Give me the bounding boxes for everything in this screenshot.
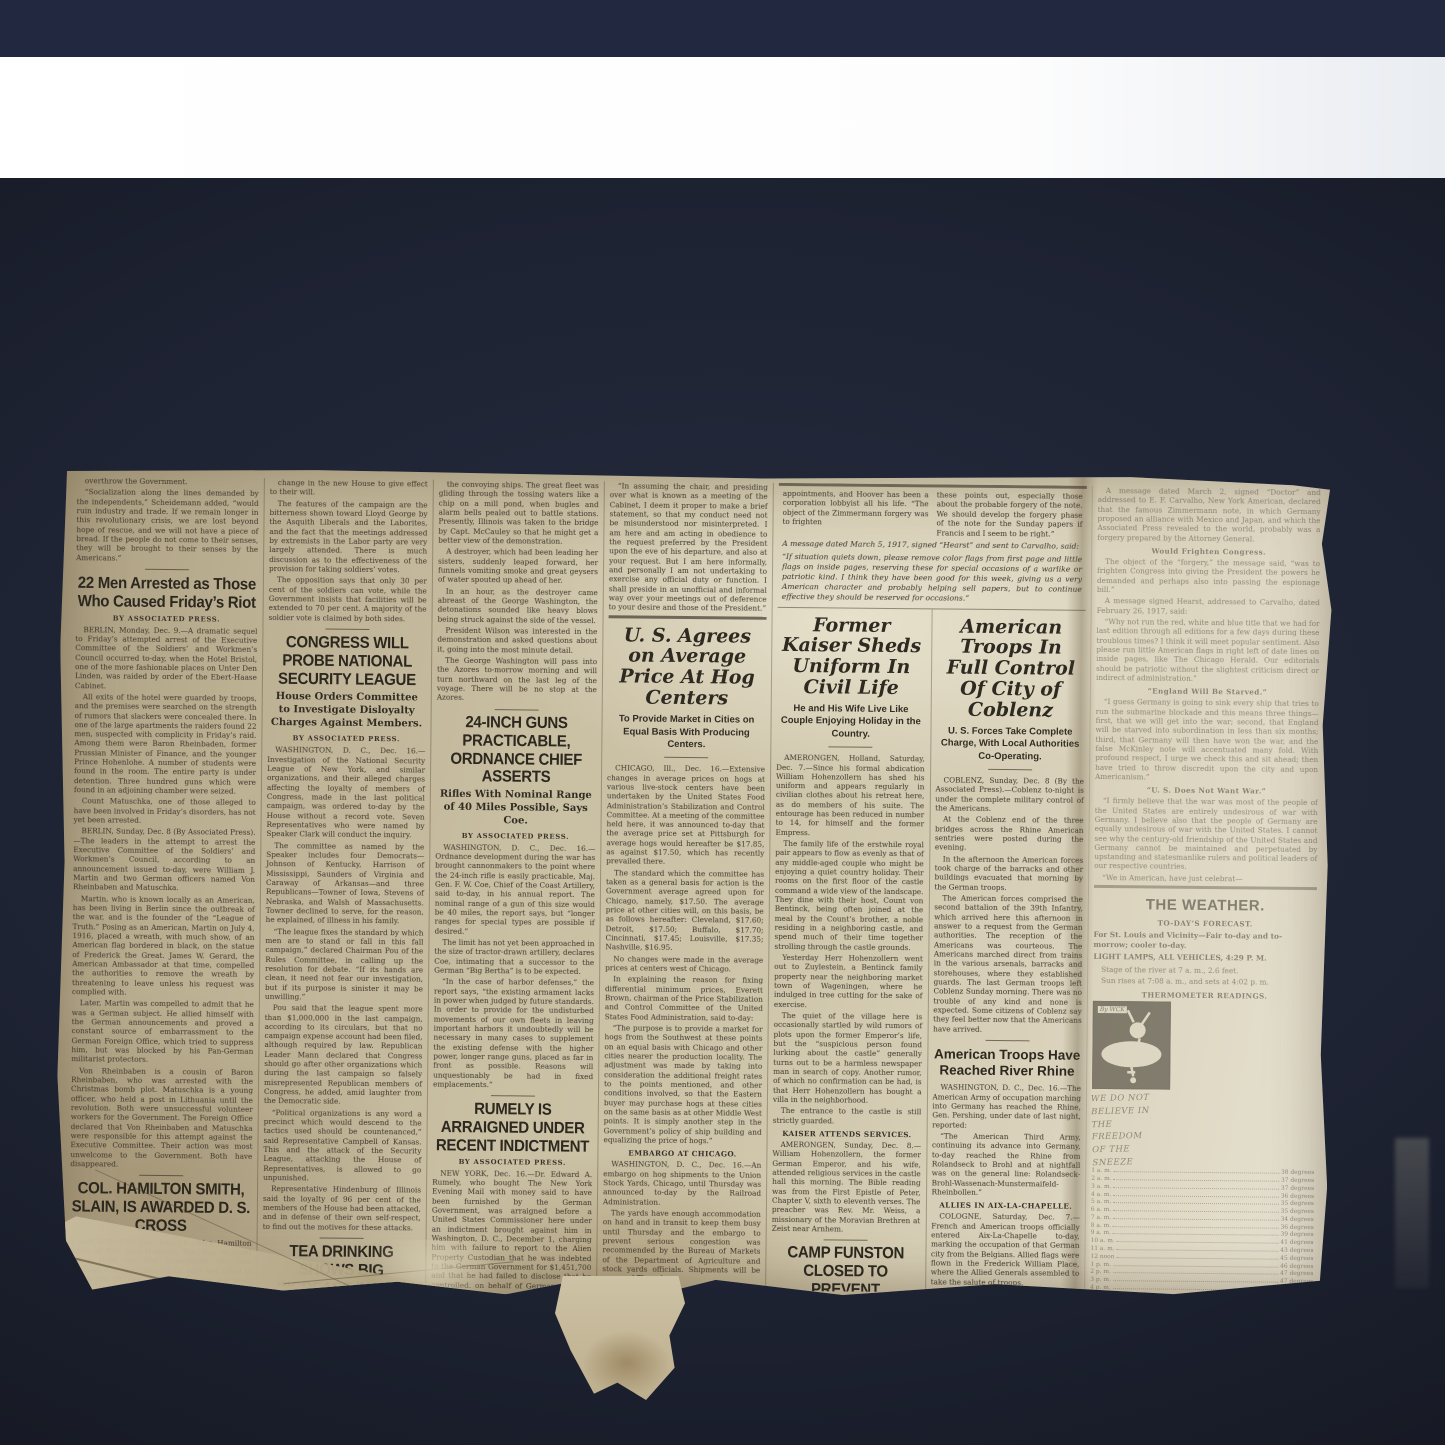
- body-paragraph: CHICAGO, Ill., Dec. 16.—Extensive change…: [606, 763, 765, 867]
- body-paragraph: COBLENZ, Sunday, Dec. 8 (By the Associat…: [935, 775, 1084, 814]
- body-paragraph: Representative Hindenburg of Illinois sa…: [263, 1184, 421, 1232]
- body-paragraph: The George Washington will pass into the…: [437, 656, 597, 704]
- body-paragraph: AMERONGEN, Sunday, Dec. 8.—William Hohen…: [772, 1140, 921, 1235]
- body-paragraph: “The purpose is to provide a market for …: [604, 1023, 763, 1146]
- body-paragraph: “In assuming the chair, and presiding ov…: [609, 481, 768, 613]
- body-paragraph: The opposition says that only 30 per cen…: [269, 575, 427, 623]
- divider-rule: [491, 1095, 535, 1096]
- body-paragraph: In explaining the reason for fixing diff…: [605, 975, 763, 1023]
- column-group-5-6: appointments, and Hoover has been a corp…: [765, 483, 1092, 1294]
- body-paragraph: Stage of the river at 7 a. m., 2.6 feet.: [1093, 965, 1316, 976]
- deck: Rifles With Nominal Range of 40 Miles Po…: [438, 787, 594, 827]
- body-paragraph: “I firmly believe that the war was most …: [1094, 796, 1318, 873]
- subhead: Would Frighten Congress.: [1097, 546, 1320, 557]
- subhead: 2,600 U. S. PRISONERS FREED.: [931, 1290, 1080, 1294]
- body-paragraph: “The league fixes the standard by which …: [265, 927, 424, 1003]
- body-paragraph: “The American Third Army, continuing its…: [932, 1131, 1081, 1198]
- body-paragraph: The features of the campaign are the bit…: [269, 499, 428, 575]
- subhead: KAISER ATTENDS SERVICES.: [773, 1129, 922, 1139]
- deck: He and His Wife Live Like Couple Enjoyin…: [778, 703, 923, 741]
- torn-patch: [374, 1239, 495, 1310]
- body-paragraph: No changes were made in the average pric…: [605, 954, 763, 974]
- body-paragraph: the convoying ships. The great fleet was…: [438, 480, 599, 547]
- headline-river-rhine: American Troops Have Reached River Rhine: [933, 1046, 1082, 1080]
- deck: U. S. Forces Take Complete Charge, With …: [938, 725, 1083, 763]
- body-paragraph: COLOGNE, Saturday, Dec. 7.—French and Am…: [931, 1212, 1080, 1288]
- body-paragraph: WASHINGTON, D. C., Dec. 16.—The American…: [932, 1083, 1081, 1131]
- hearst-box-left: appointments, and Hoover has been a corp…: [782, 489, 928, 538]
- newspaper-columns: overthrow the Government.“Socialization …: [64, 476, 1326, 1296]
- headline-camp-funston: CAMP FUNSTON CLOSED TO PREVENT INFLUENZA: [771, 1244, 920, 1292]
- headline-rumely: RUMELY IS ARRAIGNED UNDER RECENT INDICTM…: [432, 1101, 593, 1157]
- body-paragraph: Martin, who is known locally as an Ameri…: [72, 894, 255, 998]
- divider-rule: [824, 1240, 868, 1241]
- deck: To Provide Market in Cities on Equal Bas…: [609, 713, 763, 752]
- body-paragraph: A message dated March 2, signed “Doctor”…: [1097, 486, 1321, 544]
- weather-forecast-label: TO-DAY’S FORECAST.: [1094, 918, 1317, 929]
- byline: BY ASSOCIATED PRESS.: [267, 734, 425, 744]
- body-paragraph: The standard which the committee has tak…: [605, 868, 764, 953]
- deck: House Orders Committee to Investigate Di…: [269, 690, 423, 730]
- column-5: Former Kaiser Sheds Uniform In Civil Lif…: [766, 607, 931, 1292]
- photo-backdrop: overthrow the Government.“Socialization …: [0, 178, 1445, 1445]
- body-paragraph: A destroyer, which had been leading her …: [438, 547, 598, 586]
- hanging-torn-piece: [555, 1276, 685, 1400]
- column-3: the convoying ships. The great fleet was…: [425, 480, 604, 1290]
- body-paragraph: BERLIN, Sunday, Dec. 8 (By Associated Pr…: [73, 827, 256, 894]
- hearst-box-right: these points out, especially those about…: [936, 490, 1082, 539]
- body-paragraph: Pou said that the league spent more than…: [264, 1003, 423, 1107]
- body-paragraph: Von Rheinbaben is a cousin of Baron Rhei…: [70, 1066, 253, 1170]
- white-page-band: [0, 57, 1445, 178]
- hearst-box-quote: “If situation quiets down, please remove…: [782, 552, 1082, 604]
- divider-rule: [664, 757, 708, 758]
- weather-title: THE WEATHER.: [1094, 896, 1317, 915]
- sneeze-cartoon: By WCKWE DO NOTBELIEVE IN THEFREEDOMOF T…: [1091, 1001, 1171, 1169]
- body-paragraph: A message signed Hearst, addressed to Ca…: [1097, 596, 1320, 617]
- headline-24-inch-guns: 24-INCH GUNS PRACTICABLE, ORDNANCE CHIEF…: [436, 713, 597, 787]
- subhead: ALLIES IN AIX-LA-CHAPELLE.: [931, 1201, 1080, 1211]
- body-paragraph: In an hour, as the destroyer came abreas…: [438, 586, 598, 625]
- body-paragraph: President Wilson was interested in the d…: [437, 626, 597, 656]
- hearst-messages-box: appointments, and Hoover has been a corp…: [778, 483, 1087, 611]
- subhead: “U. S. Does Not Want War.”: [1095, 785, 1318, 796]
- column-6: American Troops In Full Control Of City …: [925, 609, 1091, 1294]
- top-dark-band: [0, 0, 1445, 57]
- body-paragraph: “In the case of harbor defenses,” the re…: [433, 977, 594, 1090]
- body-paragraph: The limit has not yet been approached in…: [434, 938, 594, 977]
- body-paragraph: At the Coblenz end of the three bridges …: [935, 815, 1084, 854]
- body-paragraph: The American forces comprised the second…: [933, 893, 1083, 1034]
- thick-rule: [609, 615, 767, 620]
- divider-rule: [145, 569, 189, 570]
- column-4: “In assuming the chair, and presiding ov…: [596, 481, 773, 1291]
- body-paragraph: The yards have enough accommodation on h…: [602, 1208, 761, 1284]
- screenshot: overthrow the Government.“Socialization …: [0, 0, 1445, 1445]
- headline-congress-probe: CONGRESS WILL PROBE NATIONAL SECURITY LE…: [268, 634, 427, 690]
- body-paragraph: The object of the “forgery,” the message…: [1097, 557, 1320, 596]
- weather-forecast: For St. Louis and Vicinity—Fair to-day a…: [1093, 930, 1316, 951]
- headline-22-men-arrested: 22 Men Arrested as Those Who Caused Frid…: [76, 575, 258, 613]
- body-paragraph: “I guess Germany is going to sink every …: [1095, 697, 1319, 783]
- body-paragraph: In the afternoon the American forces too…: [934, 854, 1083, 893]
- columns-5-6-row: Former Kaiser Sheds Uniform In Civil Lif…: [766, 607, 1091, 1293]
- column-7-faded: A message dated March 2, signed “Doctor”…: [1084, 486, 1326, 1296]
- divider-rule: [139, 1175, 183, 1176]
- body-paragraph: Count Matuschka, one of those alleged to…: [74, 797, 256, 827]
- divider-rule: [495, 709, 539, 710]
- thermometer-readings-list: 1 a. m.38 degrees2 a. m.37 degrees3 a. m…: [1090, 1168, 1315, 1296]
- body-paragraph: “We in American, have just celebrat—: [1094, 873, 1317, 884]
- body-paragraph: overthrow the Government.: [77, 476, 259, 487]
- subhead: EMBARGO AT CHICAGO.: [603, 1149, 761, 1160]
- byline: BY ASSOCIATED PRESS.: [435, 831, 595, 841]
- cartoon-signature: By WCK: [1098, 1006, 1127, 1013]
- headline-coblenz: American Troops In Full Control Of City …: [936, 616, 1085, 722]
- body-paragraph: Sun rises at 7:08 a. m., and sets at 4:0…: [1093, 976, 1316, 987]
- page-edge-strip: [1395, 1138, 1429, 1288]
- reading-row: 5 p. m.44 degrees: [1090, 1293, 1313, 1297]
- weather-bottom: By WCKWE DO NOTBELIEVE IN THEFREEDOMOF T…: [1090, 1001, 1316, 1297]
- body-paragraph: WASHINGTON, D. C., Dec. 16.—Investigatio…: [266, 745, 425, 840]
- column-2: change in the new House to give effect t…: [256, 478, 433, 1288]
- body-paragraph: BERLIN, Monday, Dec. 9.—A dramatic seque…: [75, 625, 258, 692]
- headline-hog-centers: U. S. Agrees on Average Price At Hog Cen…: [608, 625, 767, 710]
- hearst-box-columns: appointments, and Hoover has been a corp…: [782, 489, 1082, 539]
- divider-rule: [988, 769, 1032, 770]
- weather-lamps: LIGHT LAMPS, ALL VEHICLES, 4:29 P. M.: [1093, 952, 1316, 964]
- divider-rule: [829, 747, 873, 748]
- body-paragraph: The family life of the erstwhile royal p…: [774, 839, 924, 952]
- body-paragraph: change in the new House to give effect t…: [270, 478, 428, 498]
- cartoon-caption: WE DO NOTBELIEVE IN THEFREEDOMOF THESNEE…: [1091, 1091, 1171, 1169]
- divider-rule: [320, 1238, 364, 1239]
- headline-former-kaiser: Former Kaiser Sheds Uniform In Civil Lif…: [777, 614, 926, 699]
- reading-row: 4 p. m.46 degrees: [1090, 1285, 1313, 1295]
- subhead: “England Will Be Starved.”: [1096, 686, 1319, 697]
- divider-rule: [985, 1040, 1029, 1041]
- body-paragraph: The quiet of the village here is occasio…: [773, 1011, 922, 1106]
- divider-rule: [325, 628, 369, 629]
- thick-rule: [1094, 885, 1317, 890]
- body-paragraph: The entrance to the castle is still stri…: [773, 1106, 922, 1126]
- byline: BY ASSOCIATED PRESS.: [432, 1157, 592, 1167]
- body-paragraph: WASHINGTON, D. C., Dec. 16.—An embargo o…: [603, 1160, 761, 1208]
- body-paragraph: WASHINGTON, D. C., Dec. 16.—Ordnance dev…: [435, 842, 596, 937]
- body-paragraph: “Political organizations is any word a p…: [263, 1108, 422, 1184]
- body-paragraph: “Socialization along the lines demanded …: [76, 487, 259, 563]
- body-paragraph: Later, Martin was compelled to admit tha…: [71, 998, 254, 1065]
- newspaper-page: overthrow the Government.“Socialization …: [54, 466, 1334, 1302]
- byline: BY ASSOCIATED PRESS.: [76, 614, 258, 624]
- thermometer-readings-label: THERMOMETER READINGS.: [1093, 990, 1316, 1001]
- body-paragraph: Yesterday Herr Hohenzollern went out to …: [774, 953, 923, 1010]
- column-1: overthrow the Government.“Socialization …: [64, 476, 264, 1286]
- cartoon-image: By WCK: [1092, 1001, 1171, 1090]
- body-paragraph: AMERONGEN, Holland, Saturday, Dec. 7.—Si…: [775, 753, 924, 838]
- hearst-box-note: A message dated March 5, 1917, signed “H…: [782, 539, 1082, 552]
- body-paragraph: All exits of the hotel were guarded by t…: [74, 692, 257, 796]
- body-paragraph: “Why not run the red, white and blue tit…: [1096, 617, 1320, 684]
- body-paragraph: The committee as named by the Speaker in…: [266, 841, 425, 926]
